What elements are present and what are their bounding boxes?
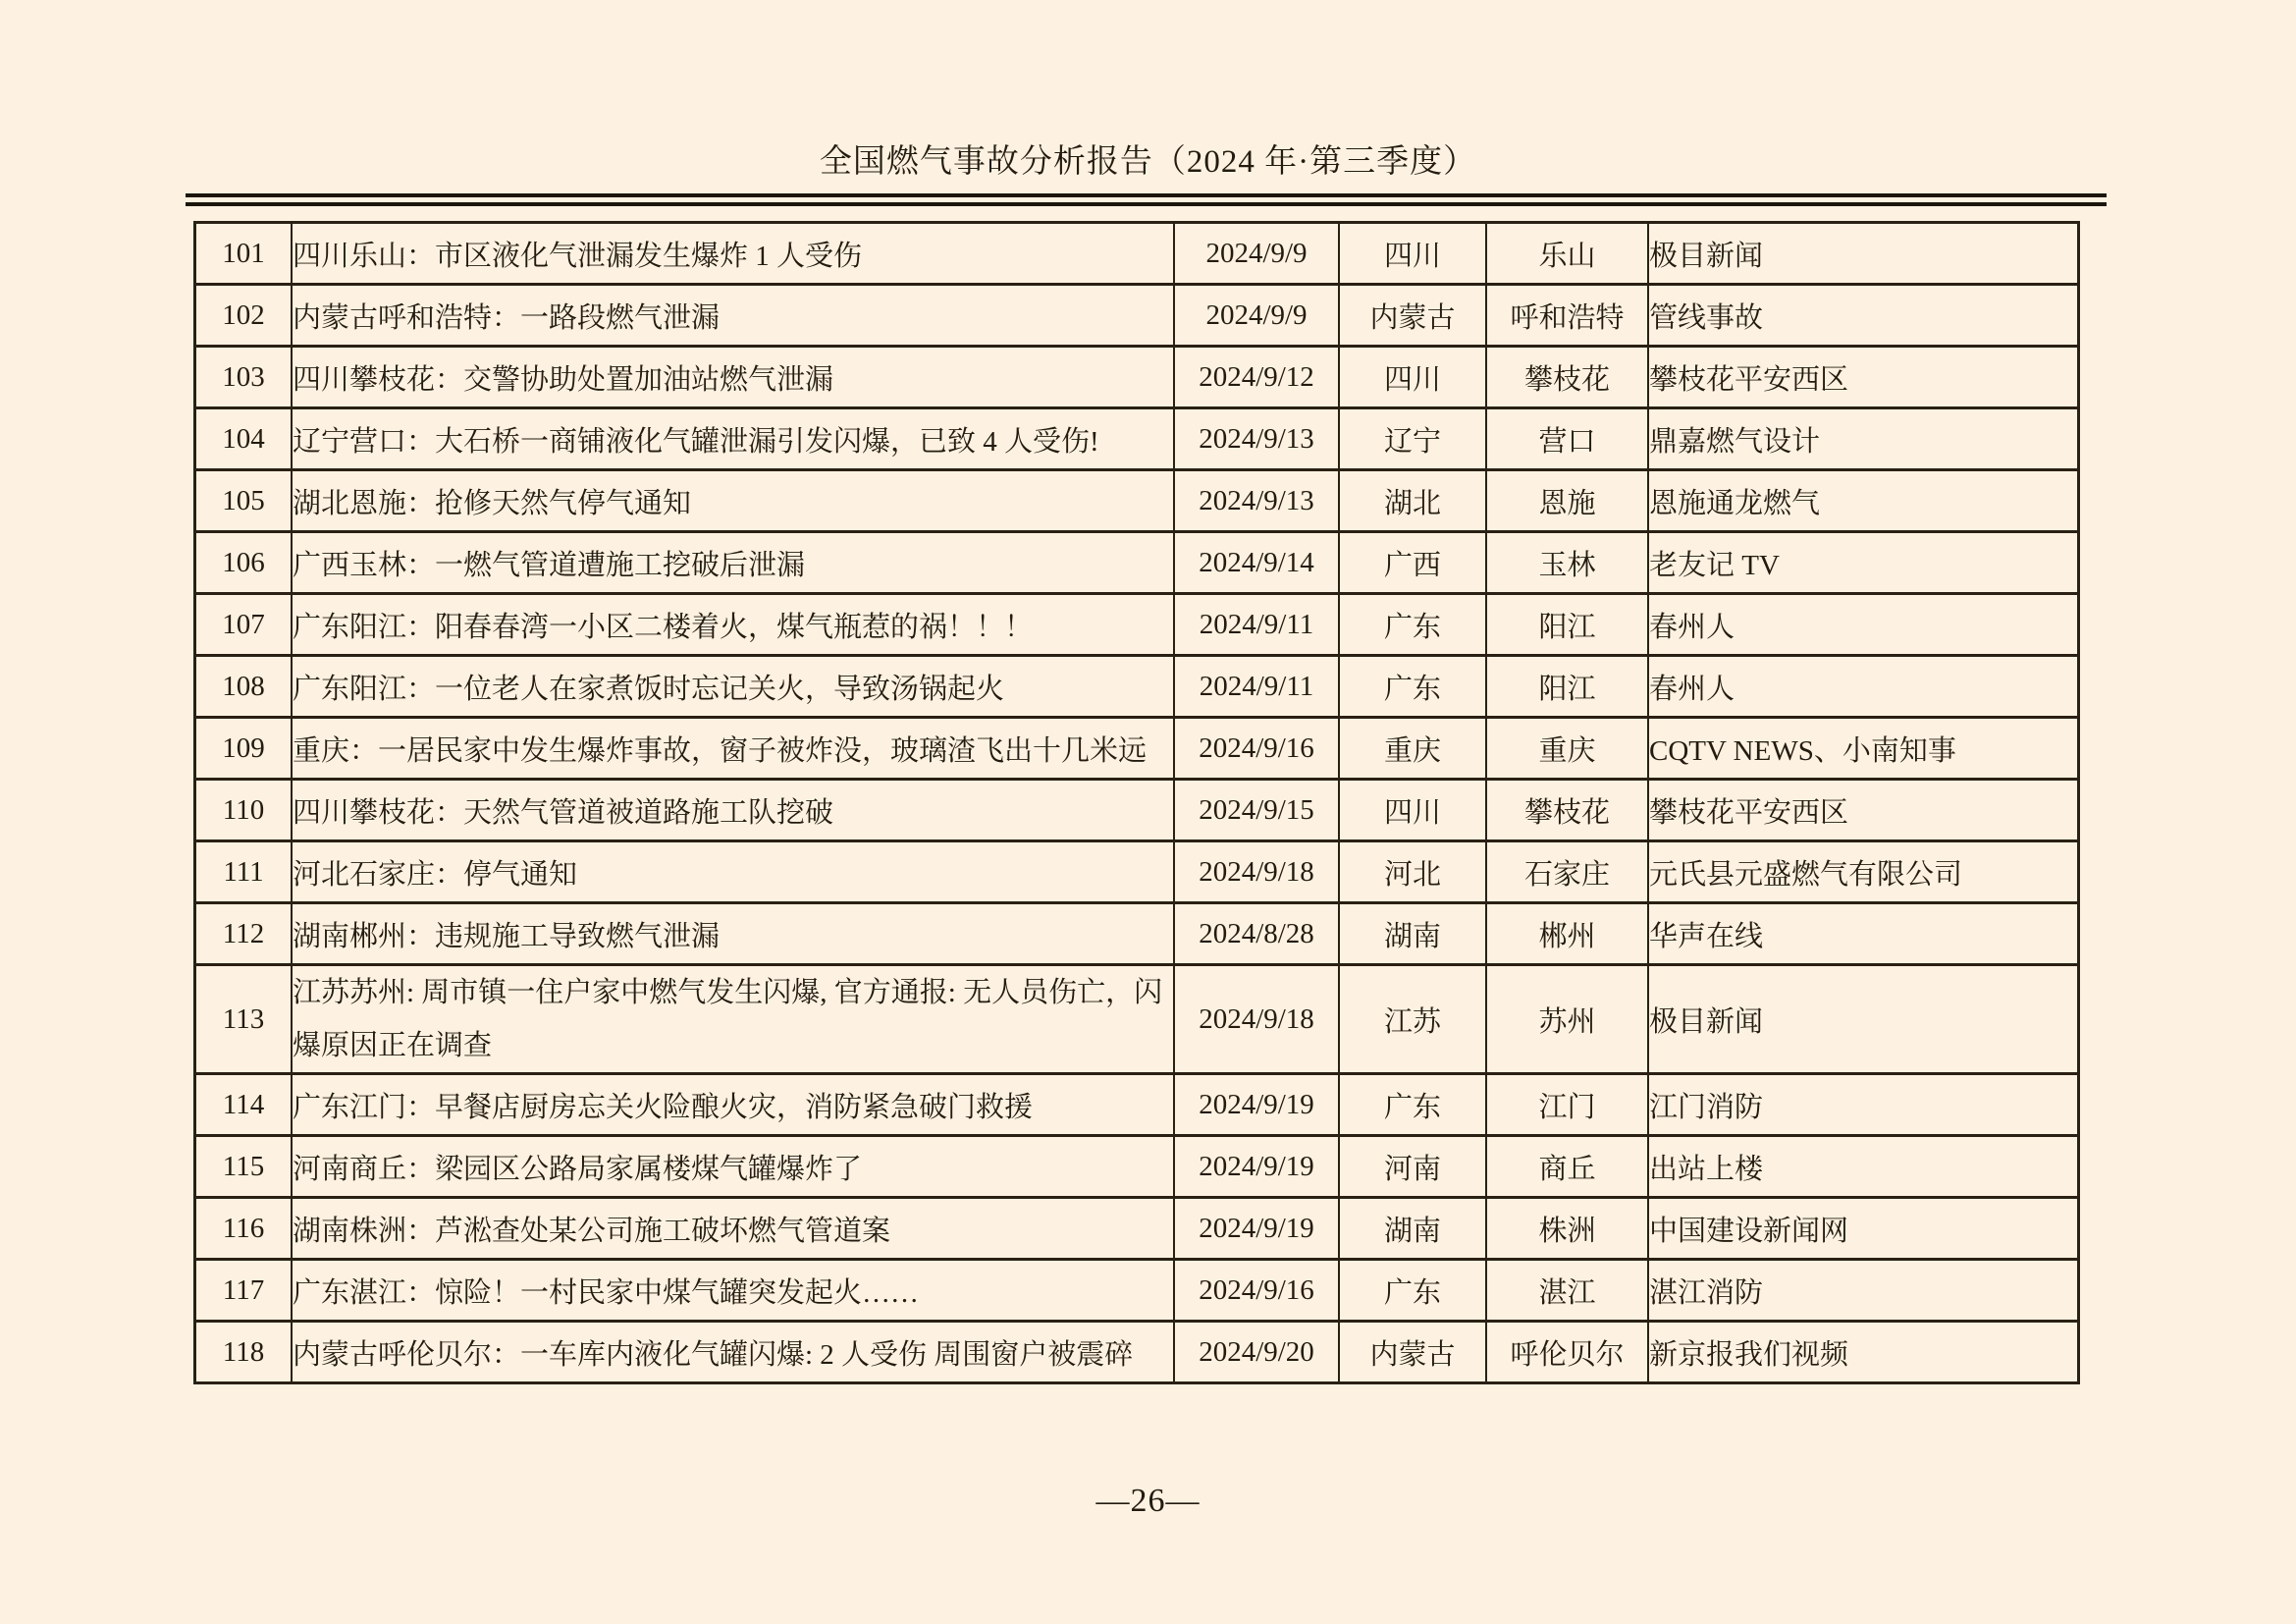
province-cell: 四川 — [1339, 347, 1486, 408]
city-cell: 阳江 — [1486, 656, 1648, 718]
province-cell: 广东 — [1339, 656, 1486, 718]
province-cell: 广东 — [1339, 1260, 1486, 1322]
province-cell: 广西 — [1339, 532, 1486, 594]
table-row: 108 广东阳江：一位老人在家煮饭时忘记关火，导致汤锅起火 2024/9/11 … — [195, 656, 2079, 718]
description-cell: 广东阳江：一位老人在家煮饭时忘记关火，导致汤锅起火 — [292, 656, 1174, 718]
source-cell: 湛江消防 — [1648, 1260, 2079, 1322]
description-cell: 四川攀枝花：天然气管道被道路施工队挖破 — [292, 780, 1174, 841]
source-cell: 攀枝花平安西区 — [1648, 347, 2079, 408]
description-cell: 内蒙古呼伦贝尔：一车库内液化气罐闪爆: 2 人受伤 周围窗户被震碎 — [292, 1322, 1174, 1383]
date-cell: 2024/9/9 — [1174, 285, 1339, 347]
table-row: 115 河南商丘：梁园区公路局家属楼煤气罐爆炸了 2024/9/19 河南 商丘… — [195, 1136, 2079, 1198]
date-cell: 2024/9/19 — [1174, 1074, 1339, 1136]
report-page: 全国燃气事故分析报告（2024 年·第三季度） 101 四川乐山：市区液化气泄漏… — [0, 0, 2296, 1624]
row-number-cell: 103 — [195, 347, 293, 408]
date-cell: 2024/9/18 — [1174, 841, 1339, 903]
city-cell: 商丘 — [1486, 1136, 1648, 1198]
accidents-table-body: 101 四川乐山：市区液化气泄漏发生爆炸 1 人受伤 2024/9/9 四川 乐… — [195, 223, 2079, 1383]
province-cell: 河北 — [1339, 841, 1486, 903]
row-number-cell: 115 — [195, 1136, 293, 1198]
description-cell: 河北石家庄：停气通知 — [292, 841, 1174, 903]
city-cell: 株洲 — [1486, 1198, 1648, 1260]
province-cell: 湖北 — [1339, 470, 1486, 532]
date-cell: 2024/9/14 — [1174, 532, 1339, 594]
source-cell: 江门消防 — [1648, 1074, 2079, 1136]
source-cell: 极目新闻 — [1648, 223, 2079, 285]
description-cell: 湖南株洲：芦淞查处某公司施工破坏燃气管道案 — [292, 1198, 1174, 1260]
source-cell: 华声在线 — [1648, 903, 2079, 965]
description-cell: 内蒙古呼和浩特：一路段燃气泄漏 — [292, 285, 1174, 347]
table-row: 113 江苏苏州: 周市镇一住户家中燃气发生闪爆, 官方通报: 无人员伤亡，闪爆… — [195, 965, 2079, 1074]
description-cell: 辽宁营口：大石桥一商铺液化气罐泄漏引发闪爆，已致 4 人受伤! — [292, 408, 1174, 470]
source-cell: 出站上楼 — [1648, 1136, 2079, 1198]
province-cell: 江苏 — [1339, 965, 1486, 1074]
city-cell: 攀枝花 — [1486, 780, 1648, 841]
description-cell: 广东阳江：阳春春湾一小区二楼着火，煤气瓶惹的祸！！！ — [292, 594, 1174, 656]
description-cell: 重庆：一居民家中发生爆炸事故，窗子被炸没，玻璃渣飞出十几米远 — [292, 718, 1174, 780]
province-cell: 湖南 — [1339, 1198, 1486, 1260]
city-cell: 石家庄 — [1486, 841, 1648, 903]
row-number-cell: 109 — [195, 718, 293, 780]
date-cell: 2024/9/20 — [1174, 1322, 1339, 1383]
date-cell: 2024/8/28 — [1174, 903, 1339, 965]
row-number-cell: 108 — [195, 656, 293, 718]
description-cell: 江苏苏州: 周市镇一住户家中燃气发生闪爆, 官方通报: 无人员伤亡，闪爆原因正在… — [292, 965, 1174, 1074]
source-cell: 元氏县元盛燃气有限公司 — [1648, 841, 2079, 903]
row-number-cell: 102 — [195, 285, 293, 347]
city-cell: 营口 — [1486, 408, 1648, 470]
source-cell: 春州人 — [1648, 656, 2079, 718]
table-row: 102 内蒙古呼和浩特：一路段燃气泄漏 2024/9/9 内蒙古 呼和浩特 管线… — [195, 285, 2079, 347]
row-number-cell: 118 — [195, 1322, 293, 1383]
row-number-cell: 110 — [195, 780, 293, 841]
accidents-table: 101 四川乐山：市区液化气泄漏发生爆炸 1 人受伤 2024/9/9 四川 乐… — [193, 221, 2080, 1384]
description-cell: 广东江门：早餐店厨房忘关火险酿火灾，消防紧急破门救援 — [292, 1074, 1174, 1136]
city-cell: 呼和浩特 — [1486, 285, 1648, 347]
province-cell: 河南 — [1339, 1136, 1486, 1198]
row-number-cell: 116 — [195, 1198, 293, 1260]
source-cell: 管线事故 — [1648, 285, 2079, 347]
date-cell: 2024/9/13 — [1174, 408, 1339, 470]
row-number-cell: 112 — [195, 903, 293, 965]
row-number-cell: 106 — [195, 532, 293, 594]
description-cell: 四川攀枝花：交警协助处置加油站燃气泄漏 — [292, 347, 1174, 408]
city-cell: 恩施 — [1486, 470, 1648, 532]
source-cell: CQTV NEWS、小南知事 — [1648, 718, 2079, 780]
row-number-cell: 107 — [195, 594, 293, 656]
source-cell: 中国建设新闻网 — [1648, 1198, 2079, 1260]
province-cell: 内蒙古 — [1339, 285, 1486, 347]
date-cell: 2024/9/11 — [1174, 656, 1339, 718]
table-row: 107 广东阳江：阳春春湾一小区二楼着火，煤气瓶惹的祸！！！ 2024/9/11… — [195, 594, 2079, 656]
page-title: 全国燃气事故分析报告（2024 年·第三季度） — [0, 135, 2296, 182]
province-cell: 重庆 — [1339, 718, 1486, 780]
province-cell: 四川 — [1339, 780, 1486, 841]
source-cell: 恩施通龙燃气 — [1648, 470, 2079, 532]
city-cell: 苏州 — [1486, 965, 1648, 1074]
province-cell: 四川 — [1339, 223, 1486, 285]
table-row: 106 广西玉林：一燃气管道遭施工挖破后泄漏 2024/9/14 广西 玉林 老… — [195, 532, 2079, 594]
table-row: 105 湖北恩施：抢修天然气停气通知 2024/9/13 湖北 恩施 恩施通龙燃… — [195, 470, 2079, 532]
description-cell: 广东湛江：惊险！一村民家中煤气罐突发起火…… — [292, 1260, 1174, 1322]
page-number: —26— — [0, 1483, 2296, 1520]
description-cell: 四川乐山：市区液化气泄漏发生爆炸 1 人受伤 — [292, 223, 1174, 285]
city-cell: 玉林 — [1486, 532, 1648, 594]
province-cell: 内蒙古 — [1339, 1322, 1486, 1383]
date-cell: 2024/9/15 — [1174, 780, 1339, 841]
row-number-cell: 113 — [195, 965, 293, 1074]
city-cell: 江门 — [1486, 1074, 1648, 1136]
table-row: 117 广东湛江：惊险！一村民家中煤气罐突发起火…… 2024/9/16 广东 … — [195, 1260, 2079, 1322]
date-cell: 2024/9/13 — [1174, 470, 1339, 532]
date-cell: 2024/9/12 — [1174, 347, 1339, 408]
source-cell: 攀枝花平安西区 — [1648, 780, 2079, 841]
table-row: 114 广东江门：早餐店厨房忘关火险酿火灾，消防紧急破门救援 2024/9/19… — [195, 1074, 2079, 1136]
description-cell: 广西玉林：一燃气管道遭施工挖破后泄漏 — [292, 532, 1174, 594]
date-cell: 2024/9/18 — [1174, 965, 1339, 1074]
source-cell: 新京报我们视频 — [1648, 1322, 2079, 1383]
description-cell: 湖南郴州：违规施工导致燃气泄漏 — [292, 903, 1174, 965]
date-cell: 2024/9/19 — [1174, 1136, 1339, 1198]
source-cell: 老友记 TV — [1648, 532, 2079, 594]
row-number-cell: 111 — [195, 841, 293, 903]
province-cell: 湖南 — [1339, 903, 1486, 965]
table-row: 109 重庆：一居民家中发生爆炸事故，窗子被炸没，玻璃渣飞出十几米远 2024/… — [195, 718, 2079, 780]
source-cell: 春州人 — [1648, 594, 2079, 656]
city-cell: 阳江 — [1486, 594, 1648, 656]
source-cell: 极目新闻 — [1648, 965, 2079, 1074]
table-row: 111 河北石家庄：停气通知 2024/9/18 河北 石家庄 元氏县元盛燃气有… — [195, 841, 2079, 903]
header-divider — [186, 193, 2107, 206]
table-row: 103 四川攀枝花：交警协助处置加油站燃气泄漏 2024/9/12 四川 攀枝花… — [195, 347, 2079, 408]
description-cell: 湖北恩施：抢修天然气停气通知 — [292, 470, 1174, 532]
table-row: 101 四川乐山：市区液化气泄漏发生爆炸 1 人受伤 2024/9/9 四川 乐… — [195, 223, 2079, 285]
row-number-cell: 105 — [195, 470, 293, 532]
source-cell: 鼎嘉燃气设计 — [1648, 408, 2079, 470]
city-cell: 郴州 — [1486, 903, 1648, 965]
row-number-cell: 114 — [195, 1074, 293, 1136]
province-cell: 广东 — [1339, 594, 1486, 656]
date-cell: 2024/9/16 — [1174, 1260, 1339, 1322]
date-cell: 2024/9/19 — [1174, 1198, 1339, 1260]
city-cell: 重庆 — [1486, 718, 1648, 780]
row-number-cell: 117 — [195, 1260, 293, 1322]
row-number-cell: 101 — [195, 223, 293, 285]
city-cell: 攀枝花 — [1486, 347, 1648, 408]
table-row: 118 内蒙古呼伦贝尔：一车库内液化气罐闪爆: 2 人受伤 周围窗户被震碎 20… — [195, 1322, 2079, 1383]
row-number-cell: 104 — [195, 408, 293, 470]
province-cell: 辽宁 — [1339, 408, 1486, 470]
table-row: 112 湖南郴州：违规施工导致燃气泄漏 2024/8/28 湖南 郴州 华声在线 — [195, 903, 2079, 965]
date-cell: 2024/9/16 — [1174, 718, 1339, 780]
table-row: 116 湖南株洲：芦淞查处某公司施工破坏燃气管道案 2024/9/19 湖南 株… — [195, 1198, 2079, 1260]
city-cell: 呼伦贝尔 — [1486, 1322, 1648, 1383]
description-cell: 河南商丘：梁园区公路局家属楼煤气罐爆炸了 — [292, 1136, 1174, 1198]
table-row: 110 四川攀枝花：天然气管道被道路施工队挖破 2024/9/15 四川 攀枝花… — [195, 780, 2079, 841]
date-cell: 2024/9/9 — [1174, 223, 1339, 285]
table-row: 104 辽宁营口：大石桥一商铺液化气罐泄漏引发闪爆，已致 4 人受伤! 2024… — [195, 408, 2079, 470]
date-cell: 2024/9/11 — [1174, 594, 1339, 656]
province-cell: 广东 — [1339, 1074, 1486, 1136]
city-cell: 湛江 — [1486, 1260, 1648, 1322]
city-cell: 乐山 — [1486, 223, 1648, 285]
